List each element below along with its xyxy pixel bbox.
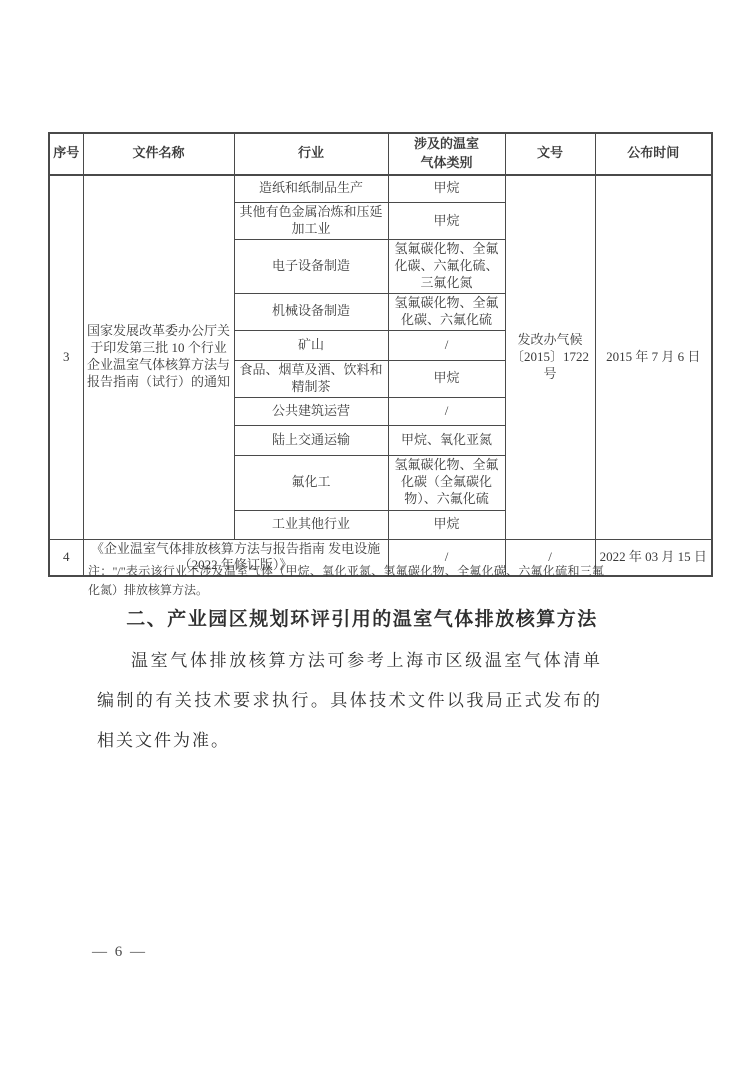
header-industry: 行业 — [234, 133, 388, 175]
row3-index: 3 — [49, 175, 83, 539]
row3-doc-number: 发改办气候〔2015〕1722 号 — [505, 175, 595, 539]
industry-cell: 陆上交通运输 — [234, 425, 388, 455]
header-gases-label: 涉及的温室气体类别 — [413, 135, 481, 173]
industry-cell: 氟化工 — [234, 455, 388, 510]
header-gases: 涉及的温室气体类别 — [388, 133, 505, 175]
gases-cell: 氢氟碳化物、全氟化碳（全氟碳化物）、六氟化硫 — [388, 455, 505, 510]
gases-cell: 甲烷 — [388, 510, 505, 539]
body-paragraph: 温室气体排放核算方法可参考上海市区级温室气体清单编制的有关技术要求执行。具体技术… — [97, 641, 602, 761]
gases-cell: 甲烷 — [388, 175, 505, 203]
row3-file-name: 国家发展改革委办公厅关于印发第三批 10 个行业企业温室气体核算方法与报告指南（… — [83, 175, 234, 539]
industry-cell: 电子设备制造 — [234, 239, 388, 293]
header-file-name: 文件名称 — [83, 133, 234, 175]
industry-cell: 其他有色金属冶炼和压延加工业 — [234, 203, 388, 240]
industry-cell: 食品、烟草及酒、饮料和精制茶 — [234, 360, 388, 397]
table-footnote: 注："/"表示该行业不涉及温室气体（甲烷、氧化亚氮、氢氟碳化物、全氟化碳、六氟化… — [88, 562, 604, 600]
table-row-3-sub-1: 3 国家发展改革委办公厅关于印发第三批 10 个行业企业温室气体核算方法与报告指… — [49, 175, 712, 203]
gases-cell: 氢氟碳化物、全氟化碳、六氟化硫 — [388, 293, 505, 330]
industry-cell: 工业其他行业 — [234, 510, 388, 539]
header-publish-date: 公布时间 — [595, 133, 712, 175]
gas-accounting-table-wrap: 序号 文件名称 行业 涉及的温室气体类别 文号 公布时间 3 国家发展改革委办公… — [48, 132, 711, 577]
industry-cell: 公共建筑运营 — [234, 397, 388, 425]
row4-index: 4 — [49, 539, 83, 576]
gases-cell: 甲烷 — [388, 203, 505, 240]
industry-cell: 机械设备制造 — [234, 293, 388, 330]
industry-cell: 造纸和纸制品生产 — [234, 175, 388, 203]
gases-cell: / — [388, 397, 505, 425]
row3-publish-date: 2015 年 7 月 6 日 — [595, 175, 712, 539]
gases-cell: / — [388, 330, 505, 360]
header-doc-number: 文号 — [505, 133, 595, 175]
header-index: 序号 — [49, 133, 83, 175]
page-number: — 6 — — [92, 944, 147, 961]
gas-accounting-table: 序号 文件名称 行业 涉及的温室气体类别 文号 公布时间 3 国家发展改革委办公… — [48, 132, 713, 577]
industry-cell: 矿山 — [234, 330, 388, 360]
gases-cell: 氢氟碳化物、全氟化碳、六氟化硫、三氟化氮 — [388, 239, 505, 293]
gases-cell: 甲烷 — [388, 360, 505, 397]
document-page: 序号 文件名称 行业 涉及的温室气体类别 文号 公布时间 3 国家发展改革委办公… — [0, 0, 756, 1068]
row4-publish-date: 2022 年 03 月 15 日 — [595, 539, 712, 576]
section-heading: 二、产业园区规划环评引用的温室气体排放核算方法 — [92, 604, 632, 631]
table-header-row: 序号 文件名称 行业 涉及的温室气体类别 文号 公布时间 — [49, 133, 712, 175]
gases-cell: 甲烷、氧化亚氮 — [388, 425, 505, 455]
